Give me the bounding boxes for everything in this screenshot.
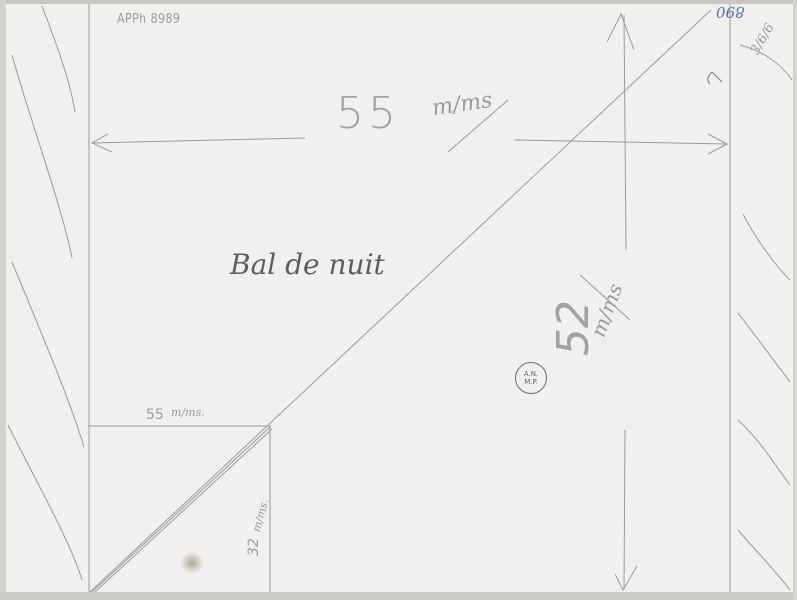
margin-stroke	[738, 420, 790, 485]
margin-stroke	[12, 262, 84, 447]
width-arrow-left-segment	[92, 138, 305, 143]
margin-mark-five	[708, 72, 722, 84]
margin-stroke	[743, 214, 790, 280]
small-height-value: 32	[246, 538, 262, 556]
stamp-line-1: A.N.	[524, 370, 538, 378]
handwritten-title: Bal de nuit	[230, 248, 385, 281]
stamp-line-2: M.P.	[524, 378, 538, 386]
document-sheet: APPh 8989 890 55 m/ms Bal de nuit 52 m/m…	[0, 0, 797, 600]
small-width-value: 55	[146, 407, 164, 423]
arrowhead-up-icon	[607, 14, 634, 50]
margin-stroke	[12, 55, 72, 258]
height-arrow-bottom-segment	[624, 430, 625, 590]
catalog-number: APPh 8989	[117, 12, 180, 27]
width-arrow-right-segment	[515, 140, 727, 144]
height-arrow-top-segment	[624, 15, 626, 250]
archive-stamp-icon: A.N. M.P.	[515, 362, 547, 394]
inventory-number: 890	[716, 3, 745, 21]
small-width-unit: m/ms.	[171, 406, 205, 419]
margin-stroke	[42, 6, 75, 112]
margin-stroke	[8, 425, 82, 580]
margin-stroke	[738, 530, 790, 590]
arrowhead-down-icon	[615, 566, 637, 590]
paper-stain	[180, 552, 204, 574]
margin-stroke	[738, 313, 790, 382]
large-width-value: 55	[336, 88, 400, 139]
